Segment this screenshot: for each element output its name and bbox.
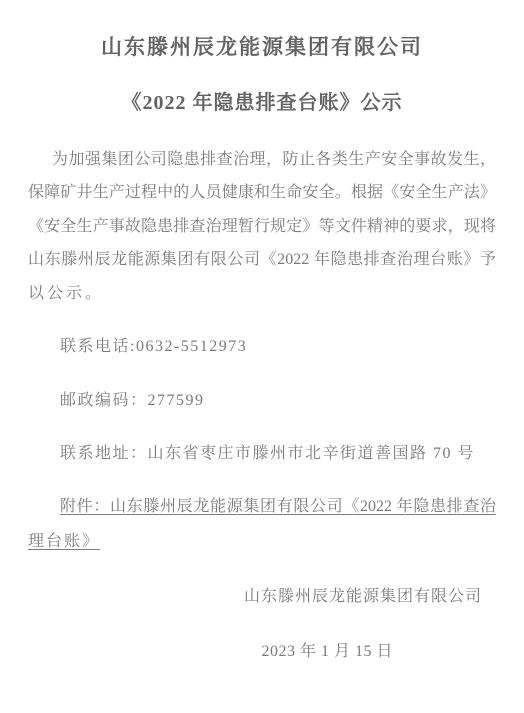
paragraph-line: 以公示。 [28,277,496,310]
attachment-link-line2[interactable]: 理台账》 [28,533,496,550]
contact-address-value: 山东省枣庄市滕州市北辛街道善国路 70 号 [148,445,476,462]
document-title: 山东滕州辰龙能源集团有限公司 [0,0,524,59]
signature-company: 山东滕州辰龙能源集团有限公司 [0,588,482,605]
postal-code-line: 邮政编码：277599 [60,392,496,409]
postal-code-value: 277599 [148,392,205,409]
postal-code-label: 邮政编码： [60,392,148,409]
document-subtitle: 《2022 年隐患排查台账》公示 [0,91,524,115]
paragraph-line: 为加强集团公司隐患排查治理，防止各类生产安全事故发生， [28,143,496,176]
document-page: 山东滕州辰龙能源集团有限公司 《2022 年隐患排查台账》公示 为加强集团公司隐… [0,0,524,713]
contact-address-label: 联系地址： [60,445,148,462]
contact-phone-line: 联系电话:0632-5512973 [60,338,496,355]
body-paragraph: 为加强集团公司隐患排查治理，防止各类生产安全事故发生， 保障矿井生产过程中的人员… [28,143,496,310]
paragraph-line: 山东滕州辰龙能源集团有限公司《2022 年隐患排查治理台账》予 [28,243,496,276]
attachment-link[interactable]: 附件：山东滕州辰龙能源集团有限公司《2022 年隐患排查治 理台账》 [28,498,496,550]
contact-phone-value: 0632-5512973 [136,338,247,355]
attachment-link-line1[interactable]: 附件：山东滕州辰龙能源集团有限公司《2022 年隐患排查治 [28,498,496,515]
paragraph-line: 保障矿井生产过程中的人员健康和生命安全。根据《安全生产法》 [28,176,496,209]
signature-date: 2023 年 1 月 15 日 [0,643,393,660]
contact-address-line: 联系地址：山东省枣庄市滕州市北辛街道善国路 70 号 [60,445,496,462]
contact-phone-label: 联系电话: [60,338,136,355]
paragraph-line: 《安全生产事故隐患排查治理暂行规定》等文件精神的要求，现将 [28,210,496,243]
